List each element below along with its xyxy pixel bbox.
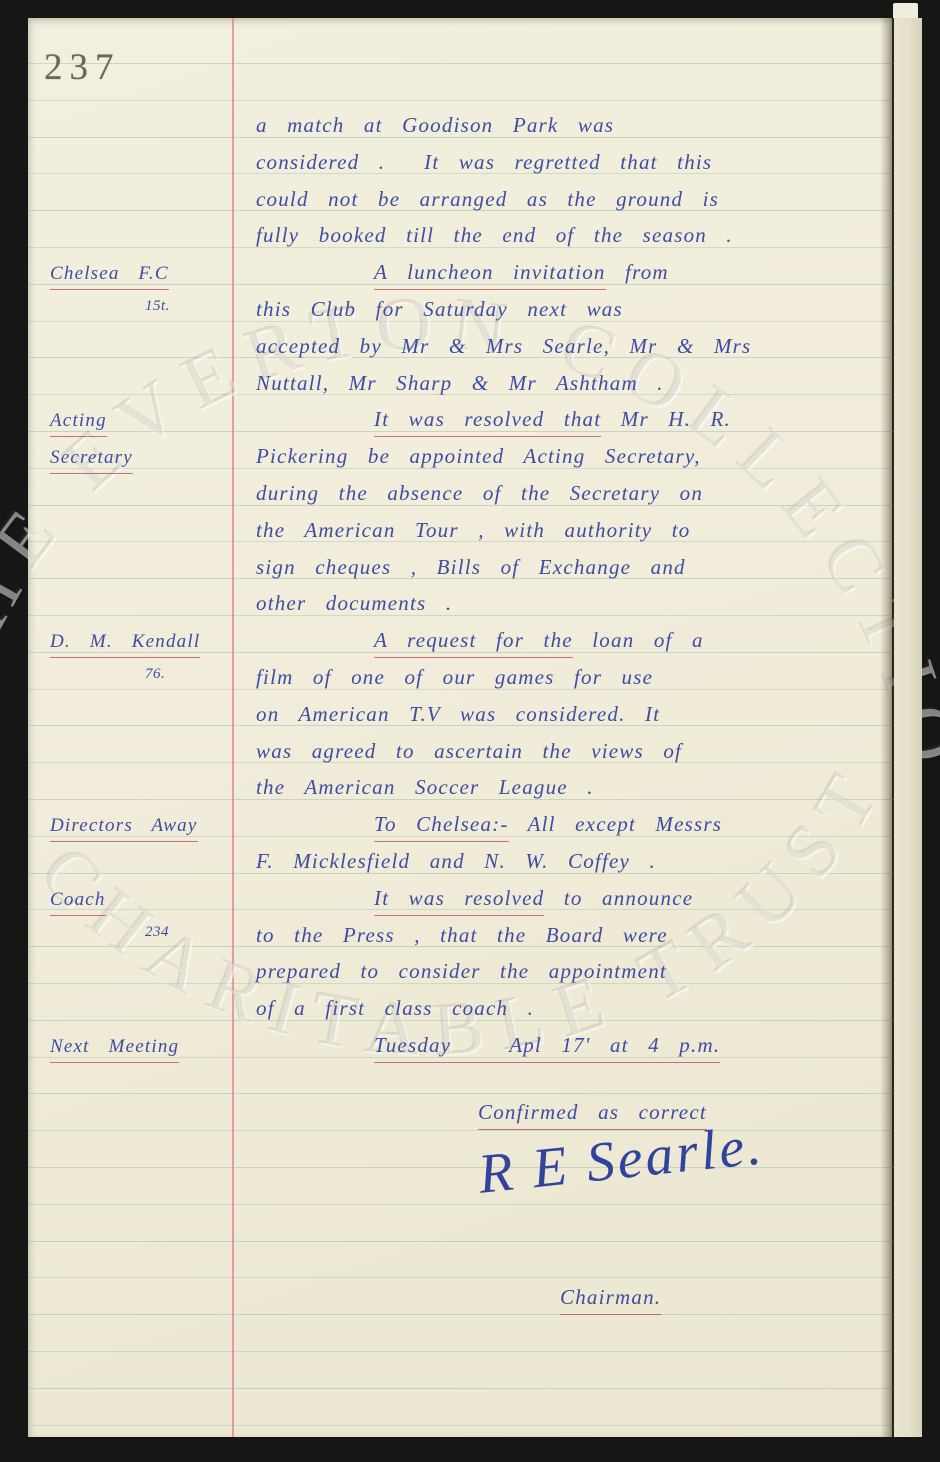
handwritten-text: was agreed to ascertain the views of [256,739,682,763]
margin-reference-number: 15t. [145,293,170,319]
margin-heading-text: Chelsea F.C [50,263,169,290]
minute-line: sign cheques , Bills of Exchange and [256,554,686,580]
handwritten-text: F. Micklesfield and N. W. Coffey . [256,849,656,873]
ruled-line [28,100,922,101]
underlined-phrase: It was resolved [374,886,544,916]
minute-line: of a first class coach . [256,995,534,1021]
handwritten-text: All except Messrs [509,812,723,836]
handwritten-text: this Club for Saturday next was [256,297,623,321]
handwritten-text: of a first class coach . [256,996,534,1020]
ruled-line [28,1351,922,1352]
ruled-line [28,1277,922,1278]
margin-heading-text: D. M. Kendall [50,631,200,658]
minute-line: during the absence of the Secretary on [256,480,703,506]
minute-line: a match at Goodison Park was [256,112,614,138]
margin-heading: Chelsea F.C15t. [50,261,170,319]
minute-line: to the Press , that the Board were [256,922,668,948]
margin-rule [232,18,234,1437]
ruled-line [28,1130,922,1131]
handwritten-text: film of one of our games for use [256,665,653,689]
margin-heading: Acting [50,408,107,434]
margin-reference-number: 76. [145,661,200,687]
minute-line: A request for the loan of a [374,627,704,653]
minute-line: on American T.V was considered. It [256,701,660,727]
margin-heading-text: Directors Away [50,815,198,842]
handwritten-text: from [606,260,669,284]
handwritten-text: Pickering be appointed Acting Secretary, [256,444,701,468]
minute-line: the American Soccer League . [256,774,594,800]
underlined-phrase: A luncheon invitation [374,260,606,290]
handwritten-text: fully booked till the end of the season … [256,223,733,247]
minute-line: Nuttall, Mr Sharp & Mr Ashtham . [256,370,664,396]
minute-line: considered . It was regretted that this [256,149,712,175]
margin-heading: Coach234 [50,887,169,945]
margin-heading-text: Secretary [50,447,133,474]
minute-line: other documents . [256,590,452,616]
ruled-line [28,1167,922,1168]
handwritten-text: could not be arranged as the ground is [256,187,719,211]
chairman-label: Chairman. [560,1284,661,1310]
minute-line: was agreed to ascertain the views of [256,738,682,764]
handwritten-text: the American Tour , with authority to [256,518,691,542]
margin-heading: Next Meeting [50,1034,179,1060]
ruled-line [28,1314,922,1315]
handwritten-text: loan of a [573,628,704,652]
underlined-phrase: A request for the [374,628,573,658]
handwritten-text: on American T.V was considered. It [256,702,660,726]
minute-line: prepared to consider the appointment [256,958,667,984]
margin-heading-text: Acting [50,410,107,437]
ruled-line [28,1388,922,1389]
ruled-line [28,1241,922,1242]
handwritten-text: a match at Goodison Park was [256,113,614,137]
underlined-phrase: Tuesday Apl 17' at 4 p.m. [374,1033,720,1063]
minute-line: It was resolved that Mr H. R. [374,406,731,432]
chairman-label-text: Chairman. [560,1285,661,1315]
minute-line: F. Micklesfield and N. W. Coffey . [256,848,656,874]
handwritten-text: accepted by Mr & Mrs Searle, Mr & Mrs [256,334,751,358]
margin-heading-text: Next Meeting [50,1036,179,1063]
minute-line: the American Tour , with authority to [256,517,691,543]
ruled-line [28,1425,922,1426]
handwritten-text: prepared to consider the appointment [256,959,667,983]
handwritten-text: the American Soccer League . [256,775,594,799]
underlined-phrase: It was resolved that [374,407,601,437]
handwritten-text: considered . It was regretted that this [256,150,712,174]
minute-line: film of one of our games for use [256,664,653,690]
confirmation-note: Confirmed as correct [478,1099,707,1125]
margin-heading: Secretary [50,445,133,471]
minute-line: this Club for Saturday next was [256,296,623,322]
minute-line: Pickering be appointed Acting Secretary, [256,443,701,469]
minute-line: fully booked till the end of the season … [256,222,733,248]
handwritten-text: during the absence of the Secretary on [256,481,703,505]
adjacent-page-corner [893,3,918,18]
minute-line: Tuesday Apl 17' at 4 p.m. [374,1032,720,1058]
page-number-stamp: 237 [44,46,121,89]
handwritten-text: Nuttall, Mr Sharp & Mr Ashtham . [256,371,664,395]
handwritten-text: to announce [544,886,693,910]
scanned-minute-book-page: THE EVERTON COLLECTION CHARITABLE TRUST … [0,0,940,1462]
ruled-line [28,1204,922,1205]
adjacent-page-edge [894,18,922,1437]
margin-heading: D. M. Kendall76. [50,629,200,687]
margin-reference-number: 234 [145,919,169,945]
underlined-phrase: To Chelsea:- [374,812,509,842]
margin-heading: Directors Away [50,813,198,839]
ruled-line [28,1093,922,1094]
minute-line: A luncheon invitation from [374,259,669,285]
ruled-line [28,615,922,616]
minute-line: could not be arranged as the ground is [256,186,719,212]
minute-line: It was resolved to announce [374,885,693,911]
ruled-line [28,63,922,64]
handwritten-text: Mr H. R. [601,407,731,431]
margin-heading-text: Coach [50,889,106,916]
minute-line: To Chelsea:- All except Messrs [374,811,722,837]
handwritten-text: sign cheques , Bills of Exchange and [256,555,686,579]
minute-line: accepted by Mr & Mrs Searle, Mr & Mrs [256,333,751,359]
handwritten-text: other documents . [256,591,452,615]
handwritten-text: to the Press , that the Board were [256,923,668,947]
